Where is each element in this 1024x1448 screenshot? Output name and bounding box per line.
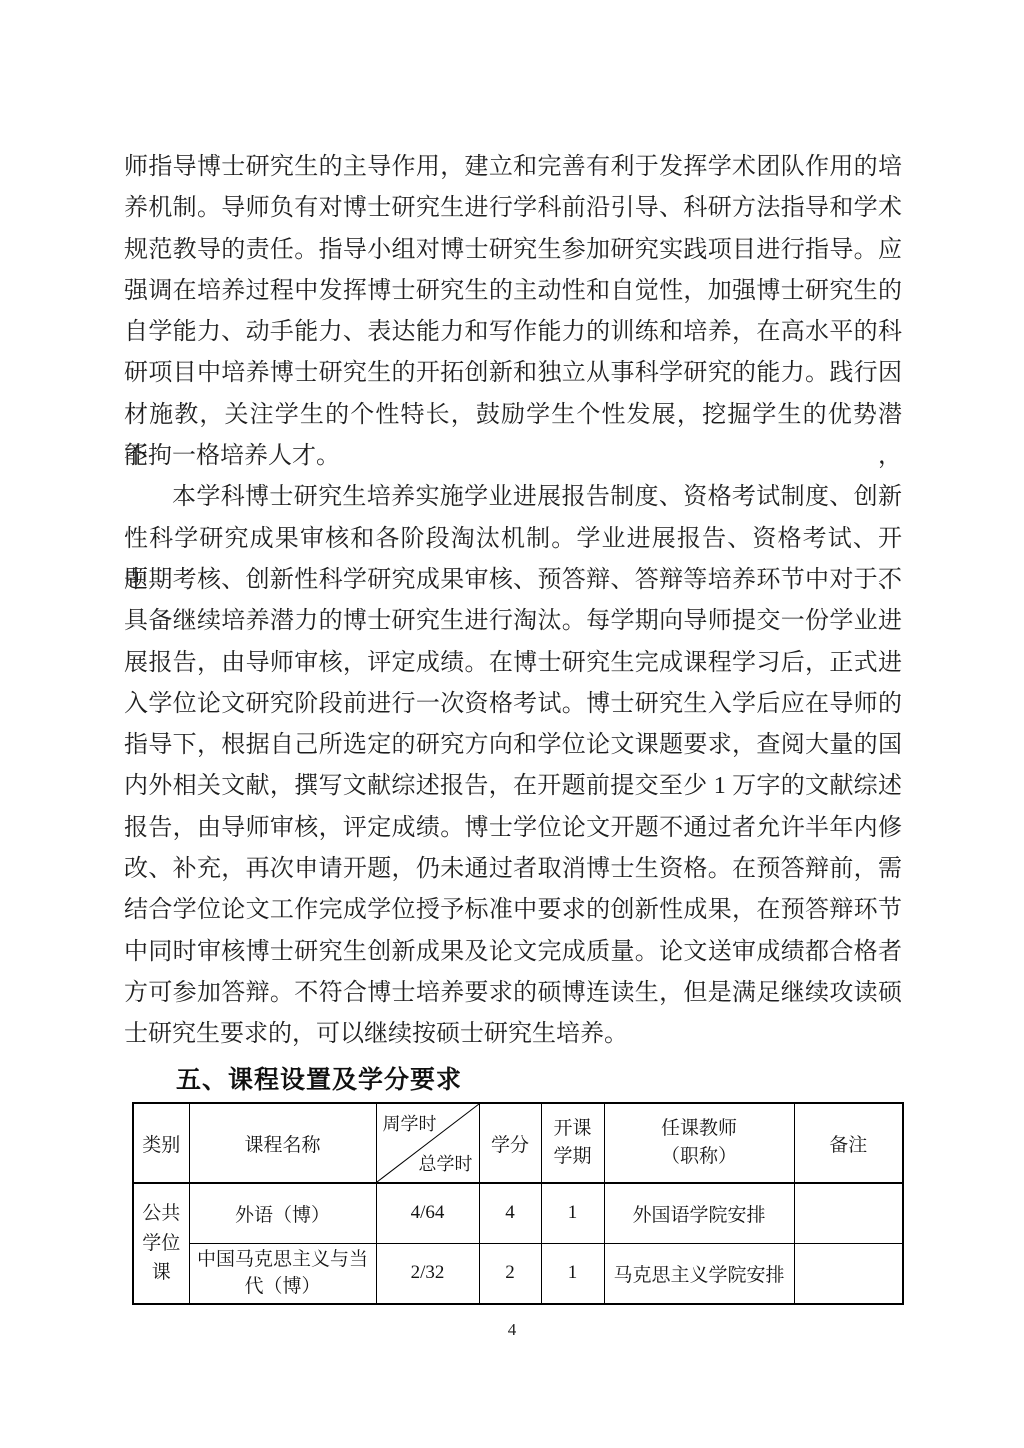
- body-line: 材施教，关注学生的个性特长，鼓励学生个性发展，挖掘学生的优势潜能，: [124, 395, 902, 436]
- course-name-cell: 中国马克思主义与当代（博）: [189, 1243, 376, 1304]
- body-text: 师指导博士研究生的主导作用，建立和完善有利于发挥学术团队作用的培 养机制。导师负…: [124, 147, 902, 1056]
- body-line: 强调在培养过程中发挥博士研究生的主动性和自觉性，加强博士研究生的: [124, 271, 902, 312]
- header-teacher: 任课教师 （职称）: [604, 1103, 794, 1183]
- hours-cell: 2/32: [376, 1243, 479, 1304]
- semester-cell: 1: [541, 1183, 604, 1243]
- body-line: 规范教导的责任。指导小组对博士研究生参加研究实践项目进行指导。应: [124, 230, 902, 271]
- body-line: 自学能力、动手能力、表达能力和写作能力的训练和培养，在高水平的科: [124, 312, 902, 353]
- course-name-cell: 外语（博）: [189, 1183, 376, 1243]
- credits-cell: 2: [479, 1243, 541, 1304]
- section-heading: 五、课程设置及学分要求: [176, 1060, 462, 1096]
- page-number: 4: [0, 1320, 1024, 1340]
- header-credits: 学分: [479, 1103, 541, 1183]
- header-semester: 开课 学期: [541, 1103, 604, 1183]
- semester-cell: 1: [541, 1243, 604, 1304]
- hours-cell: 4/64: [376, 1183, 479, 1243]
- body-line: 师指导博士研究生的主导作用，建立和完善有利于发挥学术团队作用的培: [124, 147, 902, 188]
- table-row: 中国马克思主义与当代（博） 2/32 2 1 马克思主义学院安排: [133, 1243, 903, 1304]
- remarks-cell: [794, 1183, 903, 1243]
- header-category: 类别: [133, 1103, 189, 1183]
- body-line: 士研究生要求的，可以继续按硕士研究生培养。: [124, 1014, 902, 1055]
- body-line: 养机制。导师负有对博士研究生进行学科前沿引导、科研方法指导和学术: [124, 188, 902, 229]
- header-remarks: 备注: [794, 1103, 903, 1183]
- header-total-hours: 总学时: [419, 1150, 473, 1176]
- body-line: 改、补充，再次申请开题，仍未通过者取消博士生资格。在预答辩前，需: [124, 849, 902, 890]
- teacher-cell: 马克思主义学院安排: [604, 1243, 794, 1304]
- header-weekly-hours: 周学时: [383, 1110, 437, 1136]
- course-table: 类别 课程名称 周学时 总学时 学分 开课 学期 任课教师 （职称） 备注 公共…: [132, 1102, 904, 1305]
- remarks-cell: [794, 1243, 903, 1304]
- body-line: 研项目中培养博士研究生的开拓创新和独立从事科学研究的能力。践行因: [124, 353, 902, 394]
- body-line: 方可参加答辩。不符合博士培养要求的硕博连读生，但是满足继续攻读硕: [124, 973, 902, 1014]
- teacher-cell: 外国语学院安排: [604, 1183, 794, 1243]
- body-line: 中同时审核博士研究生创新成果及论文完成质量。论文送审成绩都合格者: [124, 932, 902, 973]
- body-line: 本学科博士研究生培养实施学业进展报告制度、资格考试制度、创新: [124, 477, 902, 518]
- credits-cell: 4: [479, 1183, 541, 1243]
- body-line: 指导下，根据自己所选定的研究方向和学位论文课题要求，查阅大量的国: [124, 725, 902, 766]
- document-page: 师指导博士研究生的主导作用，建立和完善有利于发挥学术团队作用的培 养机制。导师负…: [0, 0, 1024, 1448]
- body-line: 内外相关文献，撰写文献综述报告，在开题前提交至少 1 万字的文献综述: [124, 766, 902, 807]
- table-row: 公共学位课 外语（博） 4/64 4 1 外国语学院安排: [133, 1183, 903, 1243]
- body-line: 结合学位论文工作完成学位授予标准中要求的创新性成果，在预答辩环节: [124, 890, 902, 931]
- body-line: 入学位论文研究阶段前进行一次资格考试。博士研究生入学后应在导师的: [124, 684, 902, 725]
- header-hours: 周学时 总学时: [376, 1103, 479, 1183]
- body-line: 具备继续培养潜力的博士研究生进行淘汰。每学期向导师提交一份学业进: [124, 601, 902, 642]
- body-line: 展报告，由导师审核，评定成绩。在博士研究生完成课程学习后，正式进: [124, 643, 902, 684]
- table-header-row: 类别 课程名称 周学时 总学时 学分 开课 学期 任课教师 （职称） 备注: [133, 1103, 903, 1183]
- body-line: 报告，由导师审核，评定成绩。博士学位论文开题不通过者允许半年内修: [124, 808, 902, 849]
- category-cell: 公共学位课: [133, 1183, 189, 1304]
- body-line: 性科学研究成果审核和各阶段淘汰机制。学业进展报告、资格考试、开题、: [124, 519, 902, 560]
- header-course-name: 课程名称: [189, 1103, 376, 1183]
- body-line: 中期考核、创新性科学研究成果审核、预答辩、答辩等培养环节中对于不: [124, 560, 902, 601]
